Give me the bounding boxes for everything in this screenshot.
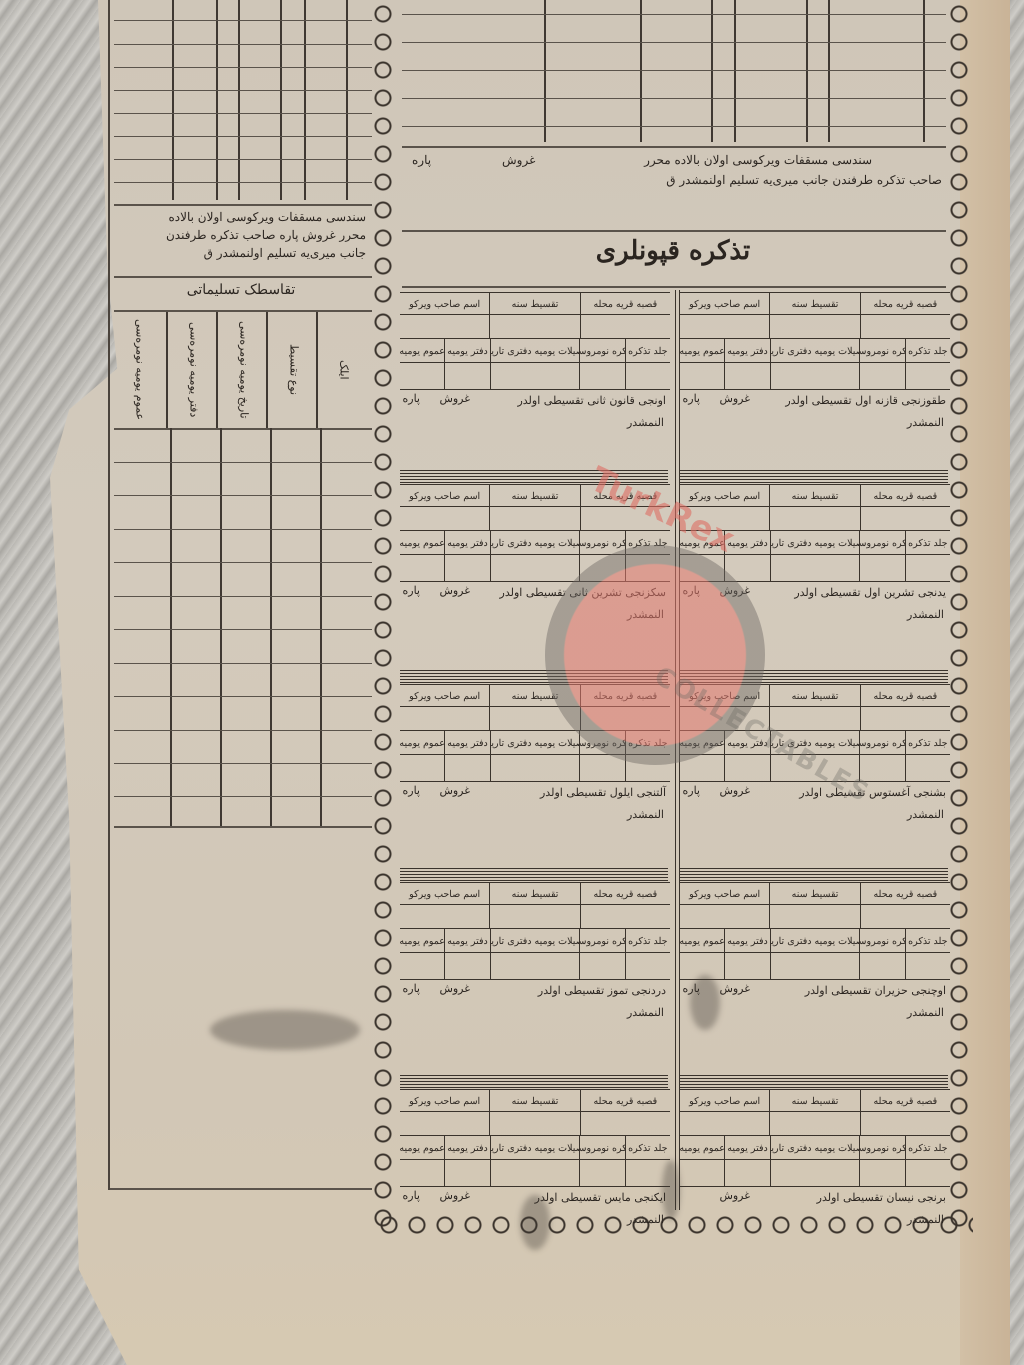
- header-place: قصبه قریه محله: [580, 883, 670, 905]
- stub-notice-line-3: جانب میری‌یه تسلیم اولنمشدر ق: [116, 244, 366, 262]
- header-collection-date: تحصیلات یومیه دفتری تاریخی: [770, 531, 860, 555]
- header-collection-date: تحصیلات یومیه دفتری تاریخی: [490, 531, 580, 555]
- header-volume: جلد تذکره: [625, 929, 670, 953]
- para-label: پاره: [412, 150, 431, 170]
- header-owner-name: اسم صاحب ویرکو: [400, 883, 489, 905]
- header-general-daily: عموم یومیه: [400, 1136, 444, 1160]
- header-tezkere-no: تذکره نومروسی: [859, 929, 904, 953]
- installment-text: دردنجی تموز تقسیطی اولدر: [538, 984, 666, 997]
- header-tezkere-no: تذکره نومروسی: [579, 929, 624, 953]
- header-general-daily: عموم یومیه: [680, 1136, 724, 1160]
- ink-smudge: [210, 1010, 360, 1050]
- header-installment-year: تقسیط سنه: [489, 883, 579, 905]
- kurus-label: غروش: [719, 784, 750, 797]
- header-daily-ledger: دفتر یومیه: [724, 929, 769, 953]
- header-owner-name: اسم صاحب ویرکو: [400, 293, 489, 315]
- installment-text: طقوزنجی قازنه اول تقسیطی اولدر: [785, 394, 946, 407]
- notice-line-2: صاحب تذکره طرفندن جانب میری‌یه تسلیم اول…: [402, 170, 942, 190]
- header-volume: جلد تذکره: [625, 339, 670, 363]
- header-volume: جلد تذکره: [905, 531, 950, 555]
- ink-stain: [520, 1195, 550, 1250]
- signature-label: النمشدر: [907, 1006, 944, 1019]
- para-label: پاره: [403, 1189, 421, 1202]
- kurus-label: غروش: [439, 784, 470, 797]
- kurus-label: غروش: [439, 392, 470, 405]
- ornamental-border-left: [370, 0, 396, 1230]
- installment-text: بشنجی آغستوس تقسیطی اولدر: [799, 786, 946, 799]
- header-general-daily: عموم یومیه: [400, 731, 444, 755]
- header-owner-name: اسم صاحب ویرکو: [400, 485, 489, 507]
- header-tezkere-no: تذکره نومروسی: [859, 531, 904, 555]
- header-owner-name: اسم صاحب ویرکو: [680, 1090, 769, 1112]
- main-notice: سندسی مسقفات ویرکوسی اولان بالاده محرر ص…: [402, 150, 942, 190]
- notice-line-1: سندسی مسقفات ویرکوسی اولان بالاده محرر: [402, 150, 942, 170]
- header-daily-ledger: دفتر یومیه: [724, 339, 769, 363]
- signature-label: النمشدر: [907, 416, 944, 429]
- kurus-label: غروش: [439, 982, 470, 995]
- installment-text: برنجی نیسان تقسیطی اولدر: [817, 1191, 946, 1204]
- stub-column-headers: ایلک نوع تقسیط تاریخ یومیه نومره‌سی دفتر…: [110, 312, 372, 428]
- receipt-stub: سندسی مسقفات ویرکوسی اولان بالاده محرر غ…: [108, 0, 372, 1190]
- kurus-label: غروش: [719, 392, 750, 405]
- stub-col-header: تاریخ یومیه نومره‌سی: [220, 316, 268, 424]
- header-volume: جلد تذکره: [625, 1136, 670, 1160]
- header-place: قصبه قریه محله: [860, 485, 950, 507]
- header-installment-year: تقسیط سنه: [489, 293, 579, 315]
- coupon: قصبه قریه محلهتقسیط سنهاسم صاحب ویرکو جل…: [680, 1089, 950, 1269]
- header-installment-year: تقسیط سنه: [769, 485, 859, 507]
- stub-section-title: تقاسطک تسلیماتی: [110, 282, 372, 298]
- coupon-row-4: قصبه قریه محلهتقسیط سنهاسم صاحب ویرکو جل…: [398, 868, 948, 1063]
- stub-col-header: دفتر یومیه نومره‌سی: [170, 316, 218, 424]
- stub-col-header: ایلک: [320, 316, 368, 424]
- header-place: قصبه قریه محله: [860, 685, 950, 707]
- header-general-daily: عموم یومیه: [680, 339, 724, 363]
- signature-label: النمشدر: [627, 416, 664, 429]
- signature-label: النمشدر: [907, 808, 944, 821]
- installment-text: اوچنجی حزیران تقسیطی اولدر: [805, 984, 946, 997]
- header-collection-date: تحصیلات یومیه دفتری تاریخی: [770, 1136, 860, 1160]
- header-daily-ledger: دفتر یومیه: [724, 1136, 769, 1160]
- header-collection-date: تحصیلات یومیه دفتری تاریخی: [490, 1136, 580, 1160]
- kurus-label: غروش: [719, 982, 750, 995]
- para-label: پاره: [683, 784, 701, 797]
- top-ledger-grid: [398, 0, 948, 146]
- header-installment-year: تقسیط سنه: [489, 1090, 579, 1112]
- para-label: پاره: [403, 784, 421, 797]
- coupons-title: تذكره قپونلری: [398, 236, 948, 266]
- header-daily-ledger: دفتر یومیه: [444, 531, 489, 555]
- header-volume: جلد تذکره: [905, 731, 950, 755]
- signature-label: النمشدر: [627, 808, 664, 821]
- header-owner-name: اسم صاحب ویرکو: [400, 685, 489, 707]
- header-volume: جلد تذکره: [905, 1136, 950, 1160]
- kurus-label: غروش: [439, 584, 470, 597]
- header-collection-date: تحصیلات یومیه دفتری تاریخی: [490, 731, 580, 755]
- ink-stain: [662, 1160, 680, 1220]
- stub-col-header: عموم یومیه نومره‌سی: [116, 316, 164, 424]
- signature-label: النمشدر: [627, 1006, 664, 1019]
- header-place: قصبه قریه محله: [580, 293, 670, 315]
- header-general-daily: عموم یومیه: [400, 339, 444, 363]
- para-label: پاره: [403, 584, 421, 597]
- header-installment-year: تقسیط سنه: [769, 685, 859, 707]
- para-label: پاره: [683, 392, 701, 405]
- header-place: قصبه قریه محله: [860, 293, 950, 315]
- header-collection-date: تحصیلات یومیه دفتری تاریخی: [490, 339, 580, 363]
- header-place: قصبه قریه محله: [580, 1090, 670, 1112]
- signature-label: النمشدر: [907, 1213, 944, 1226]
- header-collection-date: تحصیلات یومیه دفتری تاریخی: [770, 339, 860, 363]
- coupon: قصبه قریه محلهتقسیط سنهاسم صاحب ویرکو جل…: [680, 292, 950, 472]
- header-collection-date: تحصیلات یومیه دفتری تاریخی: [490, 929, 580, 953]
- header-owner-name: اسم صاحب ویرکو: [680, 293, 769, 315]
- header-volume: جلد تذکره: [905, 929, 950, 953]
- header-tezkere-no: تذکره نومروسی: [579, 1136, 624, 1160]
- stub-col-header: نوع تقسیط: [270, 316, 318, 424]
- header-daily-ledger: دفتر یومیه: [444, 339, 489, 363]
- stub-notice-line-2: محرر غروش پاره صاحب تذکره طرفندن: [116, 226, 366, 244]
- header-installment-year: تقسیط سنه: [489, 485, 579, 507]
- kurus-label: غروش: [719, 1189, 750, 1202]
- signature-label: النمشدر: [627, 1213, 664, 1226]
- header-owner-name: اسم صاحب ویرکو: [680, 883, 769, 905]
- coupon: قصبه قریه محلهتقسیط سنهاسم صاحب ویرکو جل…: [680, 882, 950, 1062]
- header-general-daily: عموم یومیه: [400, 531, 444, 555]
- header-installment-year: تقسیط سنه: [769, 293, 859, 315]
- installment-text: یدنجی تشرین اول تقسیطی اولدر: [794, 586, 946, 599]
- ink-stain: [690, 975, 720, 1030]
- header-place: قصبه قریه محله: [860, 1090, 950, 1112]
- para-label: پاره: [403, 392, 421, 405]
- stub-top-grid: [110, 0, 372, 205]
- header-daily-ledger: دفتر یومیه: [444, 1136, 489, 1160]
- header-tezkere-no: تذکره نومروسی: [579, 339, 624, 363]
- installment-text: ایکنجی مایس تقسیطی اولدر: [535, 1191, 666, 1204]
- header-installment-year: تقسیط سنه: [769, 1090, 859, 1112]
- header-tezkere-no: تذکره نومروسی: [859, 339, 904, 363]
- coupon-row-1: قصبه قریه محلهتقسیط سنهاسم صاحب ویرکو جل…: [398, 278, 948, 473]
- kurus-label: غروش: [502, 150, 535, 170]
- header-collection-date: تحصیلات یومیه دفتری تاریخی: [770, 929, 860, 953]
- header-volume: جلد تذکره: [905, 339, 950, 363]
- coupon: قصبه قریه محلهتقسیط سنهاسم صاحب ویرکو جل…: [400, 292, 670, 472]
- installment-text: اونجی قانون ثانی تقسیطی اولدر: [517, 394, 666, 407]
- header-daily-ledger: دفتر یومیه: [444, 731, 489, 755]
- stub-bottom-grid: [110, 428, 372, 858]
- signature-label: النمشدر: [907, 608, 944, 621]
- header-installment-year: تقسیط سنه: [769, 883, 859, 905]
- header-owner-name: اسم صاحب ویرکو: [400, 1090, 489, 1112]
- coupon: قصبه قریه محلهتقسیط سنهاسم صاحب ویرکو جل…: [400, 882, 670, 1062]
- header-general-daily: عموم یومیه: [680, 929, 724, 953]
- para-label: پاره: [403, 982, 421, 995]
- kurus-label: غروش: [439, 1189, 470, 1202]
- header-place: قصبه قریه محله: [860, 883, 950, 905]
- header-tezkere-no: تذکره نومروسی: [859, 731, 904, 755]
- header-daily-ledger: دفتر یومیه: [444, 929, 489, 953]
- installment-text: آلتنجی ایلول تقسیطی اولدر: [540, 786, 666, 799]
- header-general-daily: عموم یومیه: [400, 929, 444, 953]
- stub-notice-line-1: سندسی مسقفات ویرکوسی اولان بالاده: [116, 208, 366, 226]
- header-tezkere-no: تذکره نومروسی: [859, 1136, 904, 1160]
- stub-notice: سندسی مسقفات ویرکوسی اولان بالاده محرر غ…: [116, 208, 366, 262]
